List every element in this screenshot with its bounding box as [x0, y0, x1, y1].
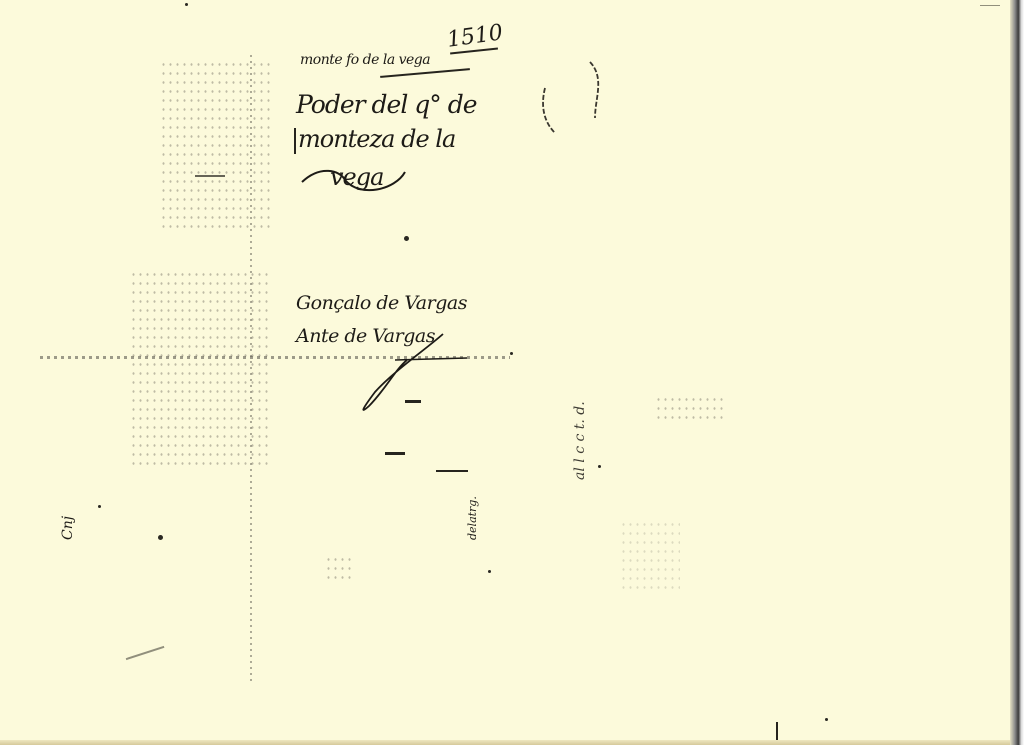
bleed-through-block-lower-left: [130, 270, 270, 470]
ink-speck: [598, 465, 601, 468]
signature-line-1: Gonçalo de Vargas: [296, 292, 467, 314]
scan-edge-right: [1010, 0, 1024, 745]
title-flourish: [300, 160, 410, 205]
vertical-center-note: al l c c t. d.: [572, 401, 588, 480]
endorsement-flourish: [380, 68, 470, 77]
bleed-through-block-upper-left: [160, 60, 270, 230]
ink-speck: [488, 570, 491, 573]
ink-speck: [776, 722, 778, 742]
bleed-through-spot: [325, 555, 355, 585]
scan-edge-bottom: [0, 740, 1010, 745]
bleed-through-right-smudge: [655, 395, 725, 420]
title-line-2: monteza de la: [298, 125, 455, 153]
ink-mark: [405, 400, 421, 403]
ink-speck: [98, 505, 101, 508]
ink-speck: [158, 535, 163, 540]
curved-bracket-mark: [535, 58, 605, 168]
title-line-1: Poder del q° de: [296, 90, 477, 119]
ink-mark: [385, 452, 405, 455]
ink-speck: [825, 718, 828, 721]
ink-speck: [510, 352, 513, 355]
ink-smear: [195, 175, 225, 177]
ink-smear: [126, 646, 165, 660]
manuscript-page: 1510 monte fo de la vega Poder del q° de…: [0, 0, 1010, 740]
endorsement-text: monte fo de la vega: [300, 52, 430, 68]
ink-speck: [185, 3, 188, 6]
vertical-note-stroke: [436, 470, 468, 472]
ink-smear: [980, 5, 1000, 6]
ink-dot: [404, 236, 409, 241]
vertical-small-note: delatrg.: [466, 496, 479, 540]
title-bracket: [294, 128, 296, 154]
vertical-fold-line: [250, 55, 252, 685]
bleed-through-lower-right: [620, 520, 680, 590]
left-margin-note: Cnj: [60, 516, 76, 540]
